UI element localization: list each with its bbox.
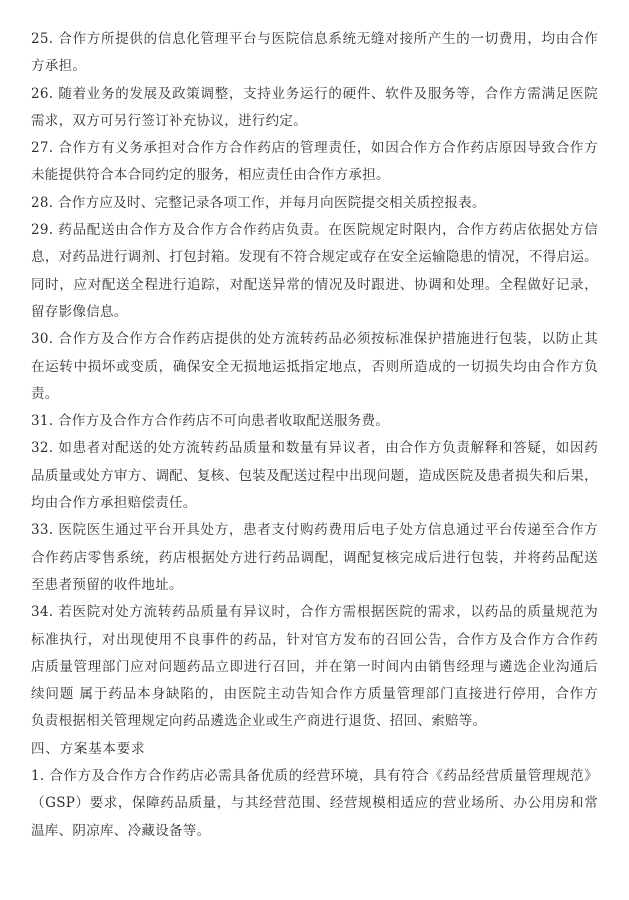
clause-28: 28. 合作方应及时、完整记录各项工作，并每月向医院提交相关质控报表。 (31, 190, 598, 217)
clause-33: 33. 医院医生通过平台开具处方，患者支付购药费用后电子处方信息通过平台传递至合… (31, 517, 598, 599)
text-line: 28. 合作方应及时、完整记录各项工作，并每月向医院提交相关质控报表。 (31, 190, 598, 217)
text-line: 未能提供符合本合同约定的服务，相应责任由合作方承担。 (31, 162, 598, 189)
text-line: 25. 合作方所提供的信息化管理平台与医院信息系统无缝对接所产生的一切费用，均由… (31, 26, 598, 53)
clause-27: 27. 合作方有义务承担对合作方合作药店的管理责任，如因合作方合作药店原因导致合… (31, 135, 598, 190)
text-line: 标准执行，对出现使用不良事件的药品，针对官方发布的召回公告，合作方及合作方合作药 (31, 627, 598, 654)
text-line: 合作药店零售系统，药店根据处方进行药品调配，调配复核完成后进行包装，并将药品配送 (31, 545, 598, 572)
text-line: 责。 (31, 381, 598, 408)
text-line: 四、方案基本要求 (31, 736, 598, 763)
text-line: 1. 合作方及合作方合作药店必需具备优质的经营环境，具有符合《药品经营质量管理规… (31, 763, 598, 790)
text-line: 品质量或处方审方、调配、复核、包装及配送过程中出现问题，造成医院及患者损失和后果… (31, 463, 598, 490)
text-line: 29. 药品配送由合作方及合作方合作药店负责。在医院规定时限内，合作方药店依据处… (31, 217, 598, 244)
clause-26: 26. 随着业务的发展及政策调整，支持业务运行的硬件、软件及服务等，合作方需满足… (31, 81, 598, 136)
clause-29: 29. 药品配送由合作方及合作方合作药店负责。在医院规定时限内，合作方药店依据处… (31, 217, 598, 326)
document-canvas: 25. 合作方所提供的信息化管理平台与医院信息系统无缝对接所产生的一切费用，均由… (0, 0, 629, 900)
text-line: 续问题 属于药品本身缺陷的，由医院主动告知合作方质量管理部门直接进行停用，合作方 (31, 681, 598, 708)
requirement-1: 1. 合作方及合作方合作药店必需具备优质的经营环境，具有符合《药品经营质量管理规… (31, 763, 598, 845)
text-line: 31. 合作方及合作方合作药店不可向患者收取配送服务费。 (31, 408, 598, 435)
text-line: 33. 医院医生通过平台开具处方，患者支付购药费用后电子处方信息通过平台传递至合… (31, 517, 598, 544)
section-4-heading: 四、方案基本要求 (31, 736, 598, 763)
text-line: 34. 若医院对处方流转药品质量有异议时，合作方需根据医院的需求，以药品的质量规… (31, 599, 598, 626)
text-line: 留存影像信息。 (31, 299, 598, 326)
text-line: 均由合作方承担赔偿责任。 (31, 490, 598, 517)
text-line: 至患者预留的收件地址。 (31, 572, 598, 599)
text-line: 32. 如患者对配送的处方流转药品质量和数量有异议者，由合作方负责解释和答疑，如… (31, 435, 598, 462)
text-line: 息，对药品进行调剂、打包封箱。发现有不符合规定或存在安全运输隐患的情况，不得启运… (31, 244, 598, 271)
text-line: 方承担。 (31, 53, 598, 80)
text-line: 30. 合作方及合作方合作药店提供的处方流转药品必须按标准保护措施进行包装，以防… (31, 326, 598, 353)
clause-34: 34. 若医院对处方流转药品质量有异议时，合作方需根据医院的需求，以药品的质量规… (31, 599, 598, 735)
clause-25: 25. 合作方所提供的信息化管理平台与医院信息系统无缝对接所产生的一切费用，均由… (31, 26, 598, 81)
text-line: 27. 合作方有义务承担对合作方合作药店的管理责任，如因合作方合作药店原因导致合… (31, 135, 598, 162)
text-line: 26. 随着业务的发展及政策调整，支持业务运行的硬件、软件及服务等，合作方需满足… (31, 81, 598, 108)
text-line: 负责根据相关管理规定向药品遴选企业或生产商进行退货、招回、索赔等。 (31, 708, 598, 735)
clause-32: 32. 如患者对配送的处方流转药品质量和数量有异议者，由合作方负责解释和答疑，如… (31, 435, 598, 517)
text-line: （GSP）要求，保障药品质量，与其经营范围、经营规模相适应的营业场所、办公用房和… (31, 790, 598, 817)
text-line: 温库、阴凉库、冷藏设备等。 (31, 818, 598, 845)
document-page: 25. 合作方所提供的信息化管理平台与医院信息系统无缝对接所产生的一切费用，均由… (0, 0, 629, 900)
text-line: 在运转中损坏或变质，确保安全无损地运抵指定地点，否则所造成的一切损失均由合作方负 (31, 354, 598, 381)
text-line: 同时，应对配送全程进行追踪，对配送异常的情况及时跟进、协调和处理。全程做好记录， (31, 272, 598, 299)
clause-31: 31. 合作方及合作方合作药店不可向患者收取配送服务费。 (31, 408, 598, 435)
text-line: 店质量管理部门应对问题药品立即进行召回，并在第一时间内由销售经理与遴选企业沟通后 (31, 654, 598, 681)
clause-30: 30. 合作方及合作方合作药店提供的处方流转药品必须按标准保护措施进行包装，以防… (31, 326, 598, 408)
text-line: 需求，双方可另行签订补充协议，进行约定。 (31, 108, 598, 135)
